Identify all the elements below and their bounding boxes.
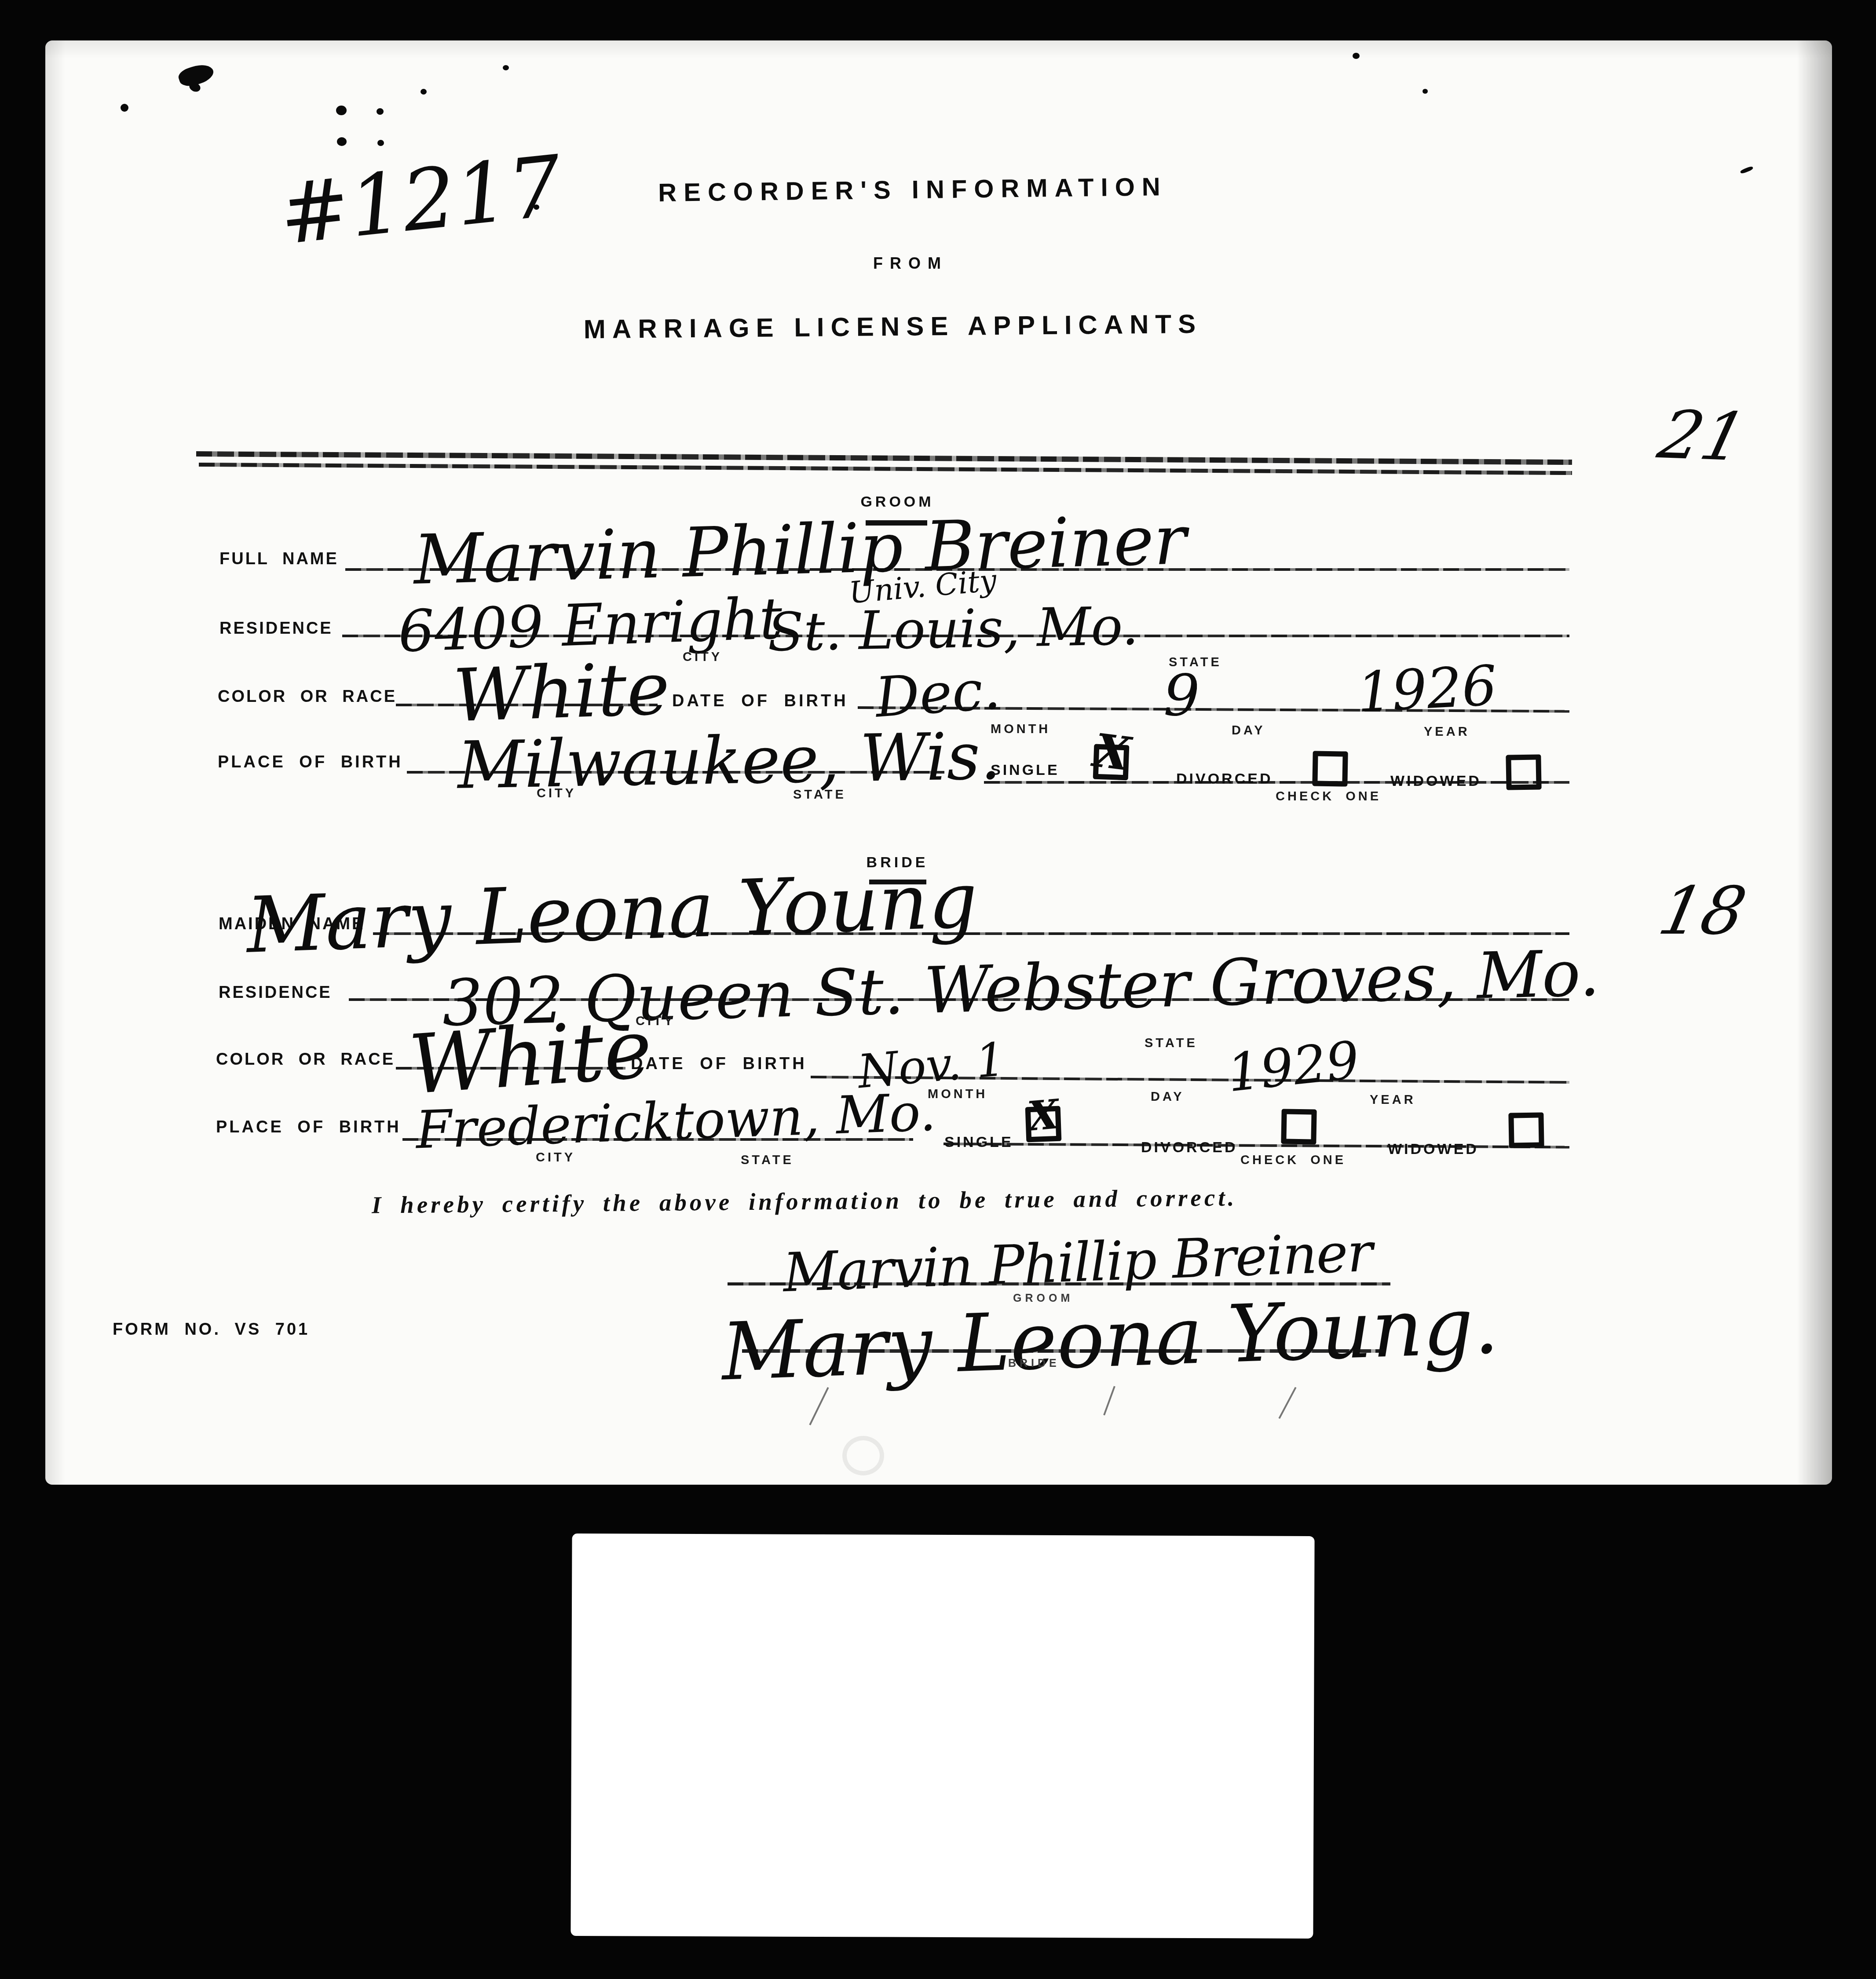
- margin-number-bride: 18: [1653, 873, 1753, 949]
- ink-speck: [336, 106, 347, 115]
- smudge: [842, 1436, 884, 1475]
- single-checkbox-mark-bride: X: [1025, 1090, 1061, 1140]
- ink-speck: [1353, 53, 1360, 59]
- race-label-groom: COLOR OR RACE: [218, 687, 397, 706]
- scanned-page: #1217 RECORDER'S INFORMATION FROM MARRIA…: [0, 0, 1876, 1979]
- pob-label-bride: PLACE OF BIRTH: [216, 1118, 401, 1137]
- day-caption-groom: DAY: [1232, 723, 1265, 738]
- state-caption-bride-residence: STATE: [1145, 1036, 1198, 1051]
- dob-day-value-groom: 9: [1163, 662, 1200, 729]
- ink-speck: [377, 108, 384, 115]
- check-one-caption-bride: CHECK ONE: [1240, 1153, 1346, 1168]
- day-caption-bride: DAY: [1151, 1090, 1185, 1104]
- year-caption-bride: YEAR: [1370, 1093, 1416, 1107]
- ink-speck: [421, 89, 427, 95]
- full-name-label: FULL NAME: [219, 550, 339, 569]
- widowed-label-bride: WIDOWED: [1388, 1141, 1479, 1158]
- residence-city-state-value: St. Louis, Mo.: [767, 596, 1139, 664]
- ink-speck: [377, 140, 384, 146]
- ink-speck: [1423, 89, 1428, 94]
- status-line-groom: [984, 781, 1569, 784]
- race-label-bride: COLOR OR RACE: [216, 1050, 395, 1069]
- city-caption-groom-residence: CITY: [683, 650, 722, 665]
- form-number: FORM NO. VS 701: [113, 1320, 310, 1339]
- divorced-label-groom: DIVORCED: [1176, 770, 1273, 788]
- year-caption-groom: YEAR: [1424, 725, 1470, 739]
- state-caption-bride-pob: STATE: [741, 1153, 794, 1168]
- groom-signature-line: [728, 1282, 1390, 1285]
- single-label-groom: SINGLE: [991, 762, 1060, 779]
- divorced-label-bride: DIVORCED: [1141, 1139, 1237, 1156]
- widowed-checkbox-groom: [1506, 754, 1541, 790]
- city-caption-bride-pob: CITY: [536, 1150, 575, 1165]
- month-caption-bride: MONTH: [928, 1087, 987, 1102]
- check-one-caption-groom: CHECK ONE: [1276, 789, 1381, 804]
- single-checkbox-mark-groom: X: [1091, 723, 1134, 781]
- bride-signature-line: [742, 1349, 1386, 1353]
- ink-speck: [503, 65, 509, 70]
- divorced-checkbox-bride: [1281, 1109, 1316, 1144]
- ink-speck: [121, 104, 128, 112]
- residence-label-groom: RESIDENCE: [219, 619, 333, 638]
- dob-label-groom: DATE OF BIRTH: [672, 692, 848, 711]
- state-caption-groom-pob: STATE: [793, 788, 846, 802]
- widowed-checkbox-bride: [1508, 1112, 1544, 1148]
- residence-label-bride: RESIDENCE: [219, 983, 332, 1002]
- city-caption-groom-pob: CITY: [537, 786, 576, 801]
- ink-speck: [337, 137, 347, 146]
- dob-label-bride: DATE OF BIRTH: [631, 1055, 807, 1073]
- page-title-from: FROM: [836, 254, 985, 273]
- blank-card: [570, 1534, 1314, 1939]
- bride-signature-caption: BRIDE: [1008, 1357, 1060, 1370]
- dob-year-value-groom: 1926: [1355, 654, 1498, 725]
- pob-label-groom: PLACE OF BIRTH: [218, 753, 403, 772]
- page-subtitle: MARRIAGE LICENSE APPLICANTS: [541, 308, 1245, 345]
